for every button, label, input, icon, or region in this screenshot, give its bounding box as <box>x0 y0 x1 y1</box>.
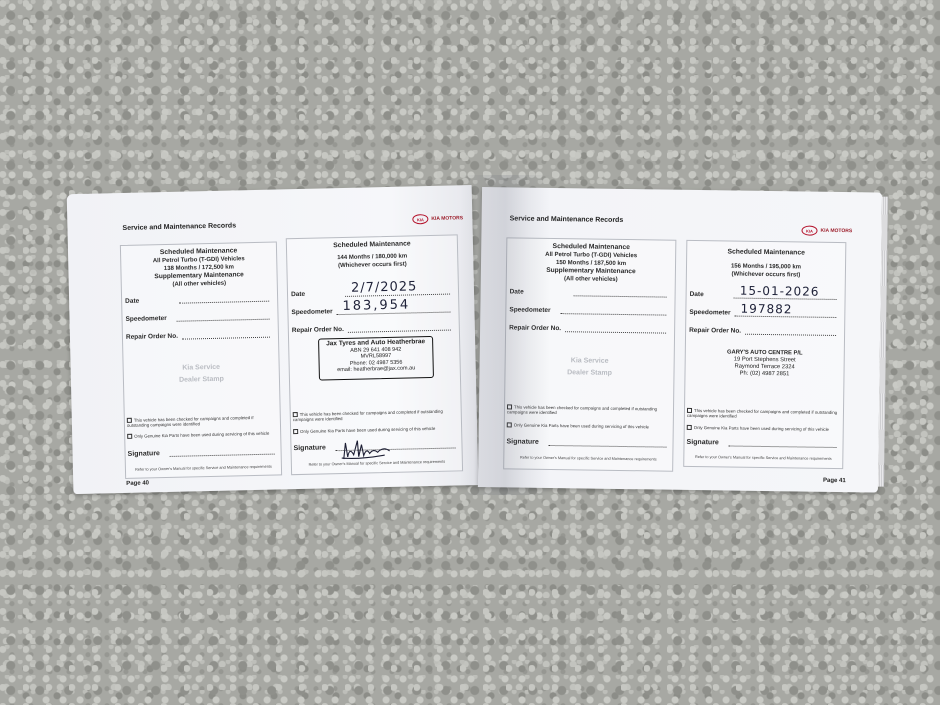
repair-order-label: Repair Order No. <box>292 326 344 334</box>
checkbox-label: Only Genuine Kia Parts have been used du… <box>514 422 649 429</box>
page-header: Service and Maintenance Records <box>510 215 624 224</box>
box-title: Scheduled Maintenance <box>287 239 457 251</box>
repair-order-field[interactable]: Repair Order No. <box>292 324 451 335</box>
checkbox-label: Only Genuine Kia Parts have been used du… <box>694 425 829 432</box>
campaign-checkbox-item[interactable]: This vehicle has been checked for campai… <box>293 408 457 422</box>
manual-note: Refer to your Owner's Manual for specifi… <box>504 455 672 461</box>
checkbox-icon[interactable] <box>507 423 512 428</box>
checkbox-label: Only Genuine Kia Parts have been used du… <box>300 426 435 434</box>
repair-order-label: Repair Order No. <box>126 333 178 341</box>
manual-note: Refer to your Owner's Manual for specifi… <box>292 459 462 467</box>
signature-label: Signature <box>686 439 718 446</box>
checkbox-label: This vehicle has been checked for campai… <box>127 415 254 428</box>
campaign-checkbox-item[interactable]: This vehicle has been checked for campai… <box>507 404 669 417</box>
stamp-phone: Ph: (02) 4987 2851 <box>685 370 843 379</box>
date-value: 15-01-2026 <box>740 284 820 299</box>
stamp-email: email: heatherbrae@jax.com.au <box>320 365 433 374</box>
signature-field[interactable]: Signature <box>128 448 275 458</box>
date-field[interactable]: Date15-01-2026 <box>690 291 837 300</box>
checkbox-icon[interactable] <box>293 429 298 434</box>
date-value: 2/7/2025 <box>351 279 418 296</box>
checkbox-label: This vehicle has been checked for campai… <box>293 409 443 423</box>
dealer-stamp-jax-tyres: Jax Tyres and Auto Heatherbrae ABN 29 64… <box>318 336 434 381</box>
left-page: Service and Maintenance Records KIA KIA … <box>67 185 479 494</box>
box-line: (All other vehicles) <box>507 274 675 284</box>
speedometer-label: Speedometer <box>509 306 550 314</box>
genuine-parts-checkbox-item[interactable]: Only Genuine Kia Parts have been used du… <box>127 431 276 440</box>
date-field[interactable]: Date2/7/2025 <box>291 288 450 299</box>
date-label: Date <box>510 288 524 295</box>
date-field[interactable]: Date <box>510 288 667 297</box>
signature-label: Signature <box>506 438 538 445</box>
checkbox-icon[interactable] <box>687 425 692 430</box>
dealer-stamp-garys-auto: GARY'S AUTO CENTRE P/L 19 Port Stephens … <box>685 349 843 379</box>
speedometer-label: Speedometer <box>291 308 332 316</box>
date-label: Date <box>291 291 305 298</box>
genuine-parts-checkbox-item[interactable]: Only Genuine Kia Parts have been used du… <box>507 422 669 430</box>
date-label: Date <box>690 291 704 298</box>
maintenance-box-138-months: Scheduled Maintenance All Petrol Turbo (… <box>120 241 282 479</box>
speedometer-field[interactable]: Speedometer <box>509 306 666 315</box>
genuine-parts-checkbox-item[interactable]: Only Genuine Kia Parts have been used du… <box>293 425 457 434</box>
manual-note: Refer to your Owner's Manual for specifi… <box>126 464 281 472</box>
speedometer-field[interactable]: Speedometer183,954 <box>291 306 450 317</box>
dealer-stamp-placeholder: Dealer Stamp <box>505 366 673 380</box>
page-number: Page 41 <box>823 478 846 484</box>
checkbox-icon[interactable] <box>127 434 132 439</box>
genuine-parts-checkbox-item[interactable]: Only Genuine Kia Parts have been used du… <box>687 425 839 432</box>
repair-order-label: Repair Order No. <box>509 324 561 332</box>
checkbox-label: Only Genuine Kia Parts have been used du… <box>134 431 269 439</box>
checkbox-label: This vehicle has been checked for campai… <box>507 404 657 415</box>
campaign-checkbox-item[interactable]: This vehicle has been checked for campai… <box>687 408 839 420</box>
speedometer-field[interactable]: Speedometer <box>125 313 269 323</box>
kia-oval-icon: KIA <box>801 225 817 235</box>
speedometer-value: 197882 <box>741 302 793 317</box>
signature-label: Signature <box>293 444 325 452</box>
right-page: Service and Maintenance Records KIA KIA … <box>478 187 882 493</box>
signature-label: Signature <box>128 450 160 458</box>
box-title: Scheduled Maintenance <box>687 248 845 258</box>
kia-oval-icon: KIA <box>412 214 428 224</box>
repair-order-field[interactable]: Repair Order No. <box>126 331 270 341</box>
brand-text: KIA MOTORS <box>431 215 463 222</box>
repair-order-label: Repair Order No. <box>689 327 741 335</box>
speedometer-field[interactable]: Speedometer197882 <box>689 309 836 318</box>
checkbox-label: This vehicle has been checked for campai… <box>687 408 837 419</box>
brand-text: KIA MOTORS <box>820 228 852 234</box>
date-label: Date <box>125 298 139 305</box>
speedometer-label: Speedometer <box>689 309 730 317</box>
signature-field[interactable]: Signature <box>506 438 666 447</box>
page-number: Page 40 <box>126 480 149 487</box>
campaign-checkbox-item[interactable]: This vehicle has been checked for campai… <box>127 415 276 429</box>
repair-order-field[interactable]: Repair Order No. <box>689 327 836 336</box>
speedometer-label: Speedometer <box>125 315 166 323</box>
page-header: Service and Maintenance Records <box>122 222 236 232</box>
handwritten-signature-icon <box>339 438 399 461</box>
kia-logo: KIA KIA MOTORS <box>801 225 852 236</box>
box-line: (Whichever occurs first) <box>687 270 845 280</box>
kia-logo: KIA KIA MOTORS <box>412 213 463 224</box>
repair-order-field[interactable]: Repair Order No. <box>509 324 666 333</box>
page-stack-edge <box>878 197 888 487</box>
manual-note: Refer to your Owner's Manual for specifi… <box>684 455 842 461</box>
maintenance-box-144-months: Scheduled Maintenance 144 Months / 180,0… <box>286 234 463 475</box>
service-booklet: Service and Maintenance Records KIA KIA … <box>70 175 885 493</box>
speedometer-value: 183,954 <box>342 297 410 314</box>
dealer-stamp-placeholder: Dealer Stamp <box>124 372 279 388</box>
date-field[interactable]: Date <box>125 295 269 305</box>
signature-field[interactable]: Signature <box>686 439 836 448</box>
maintenance-box-150-months: Scheduled Maintenance All Petrol Turbo (… <box>503 237 676 471</box>
maintenance-box-156-months: Scheduled Maintenance 156 Months / 195,0… <box>683 240 846 469</box>
